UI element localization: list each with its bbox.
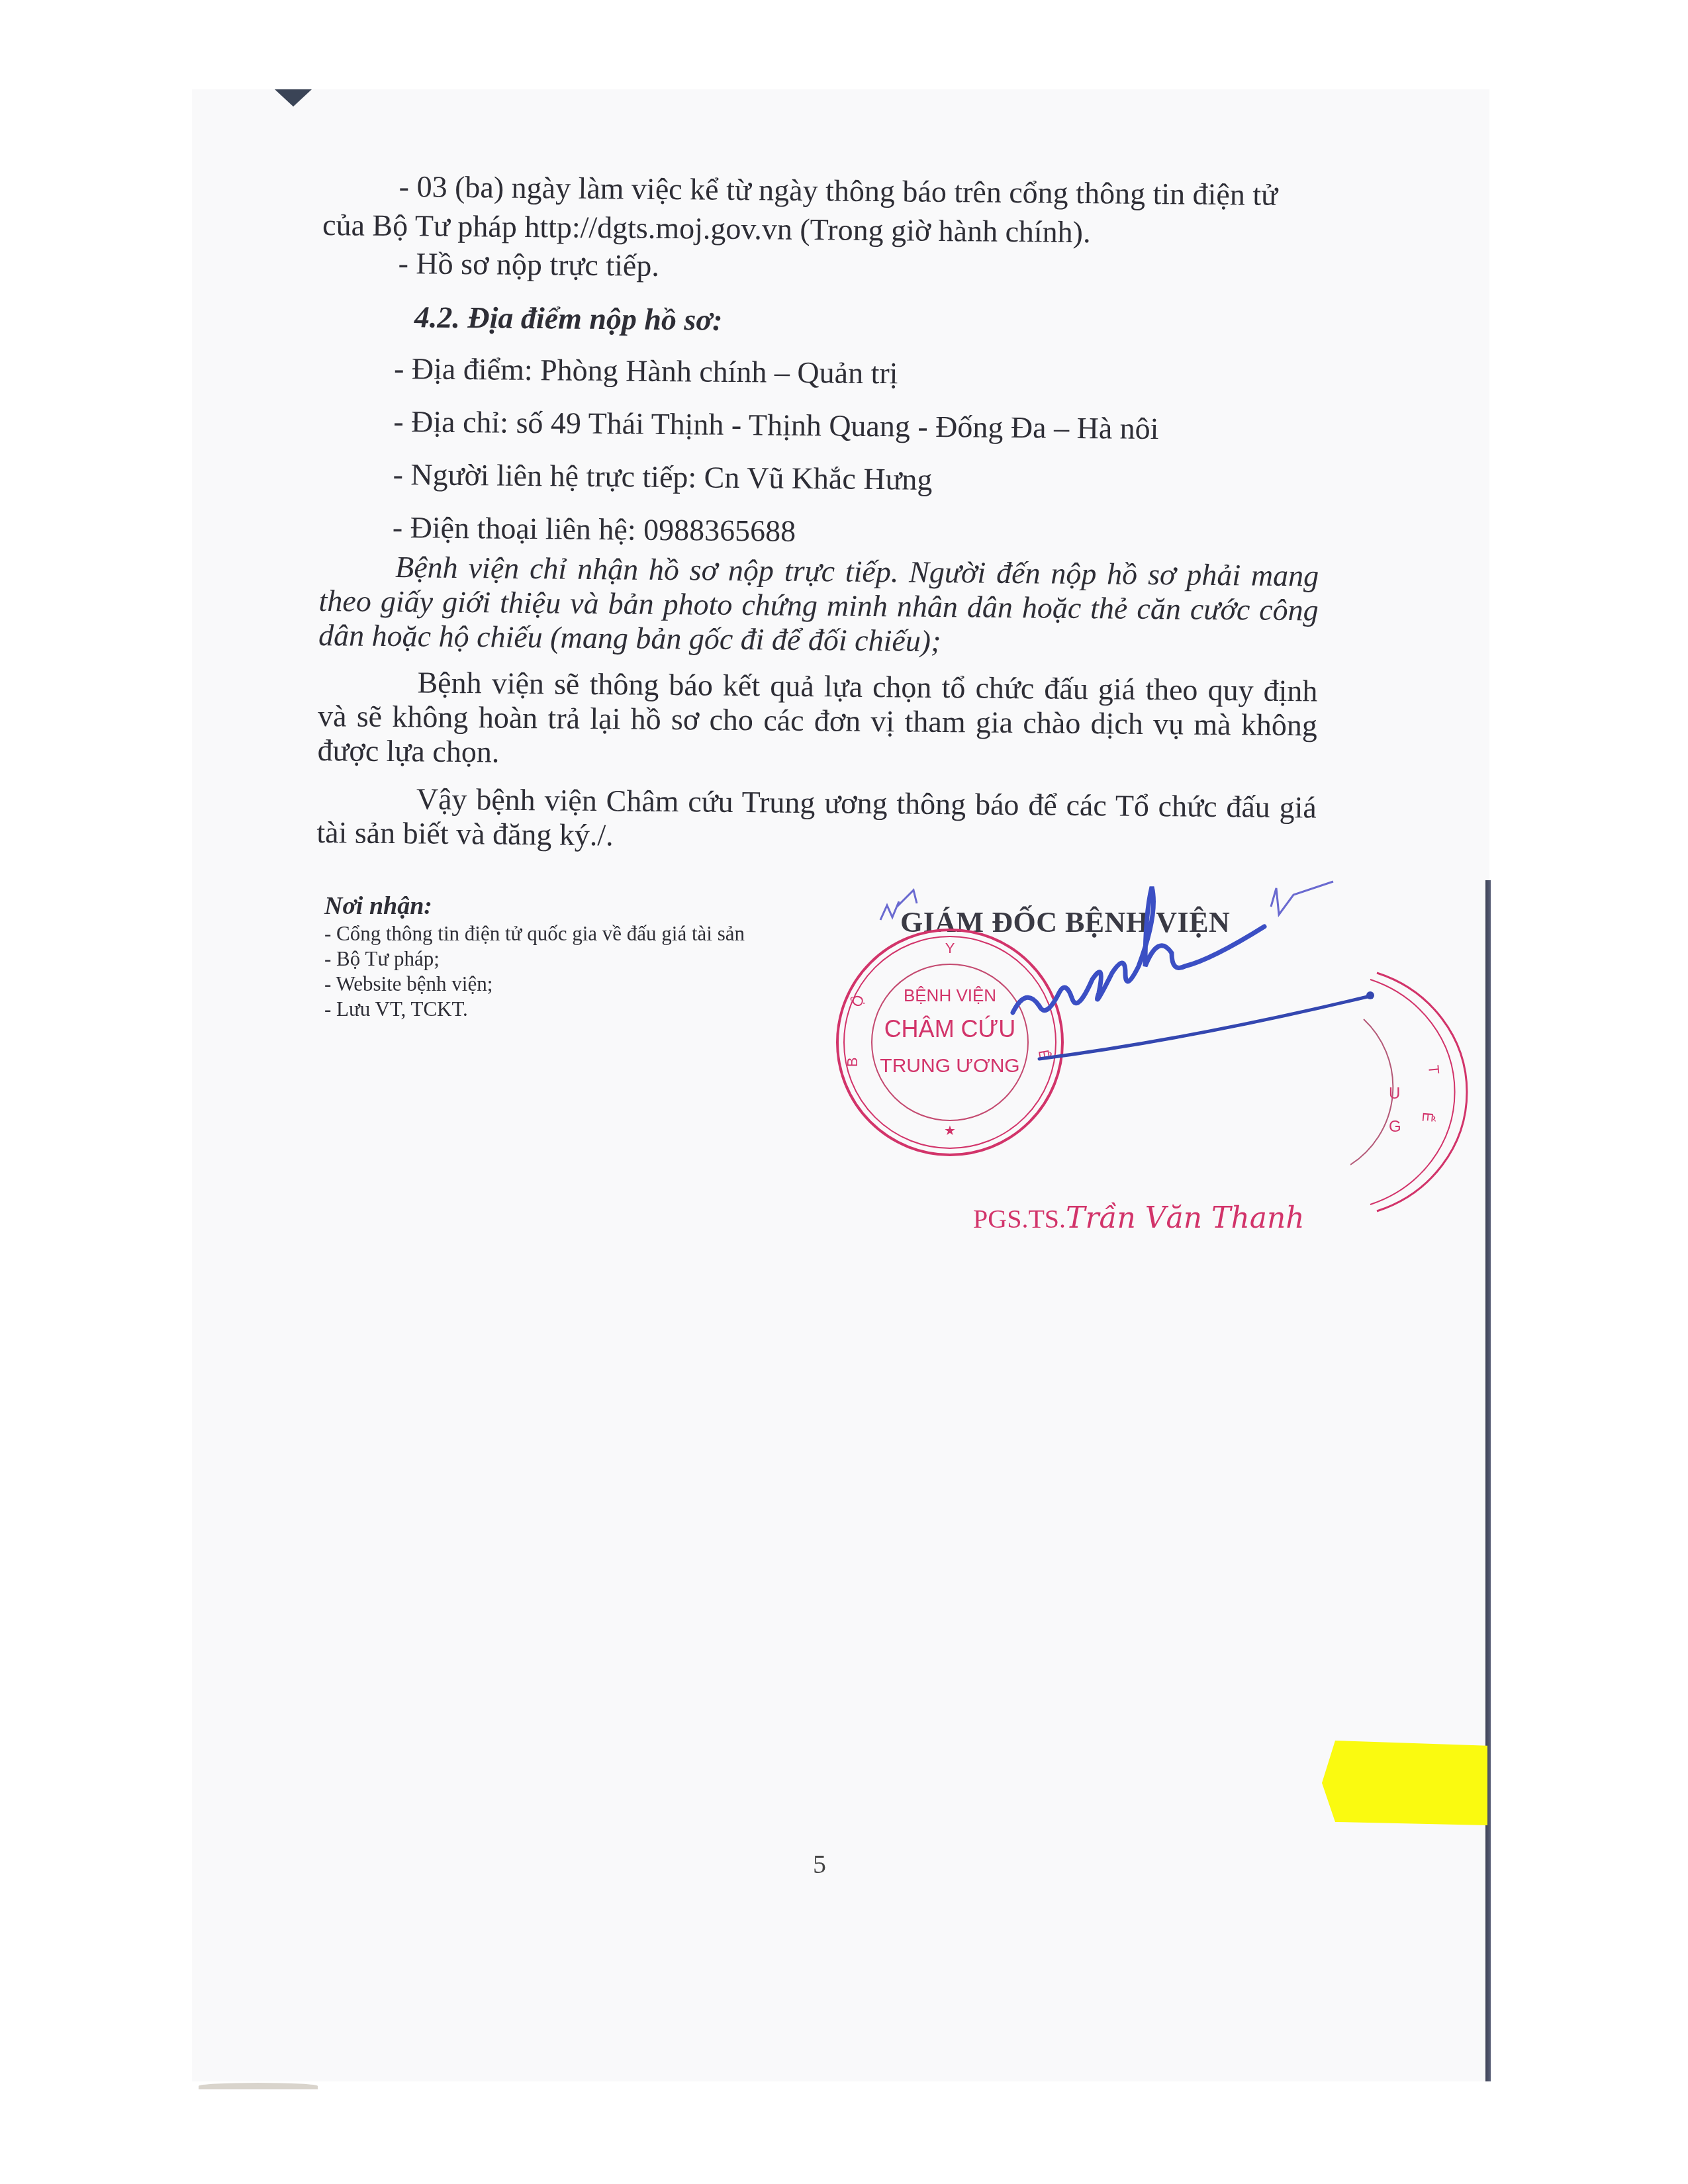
result-paragraph: Bệnh viện sẽ thông báo kết quả lựa chọn … [317, 664, 1317, 777]
handwritten-signature-icon [861, 860, 1390, 1099]
deadline-line2: của Bộ Tư pháp http://dgts.moj.gov.vn (T… [322, 208, 1322, 251]
recipient-item: - Bộ Tư pháp; [324, 946, 841, 972]
page-edge [1485, 880, 1491, 2081]
svg-text:★: ★ [944, 1124, 956, 1138]
svg-text:U: U [1389, 1085, 1400, 1103]
section-heading: 4.2. Địa điểm nộp hồ sơ: [322, 299, 1321, 343]
address-line: - Địa chỉ: số 49 Thái Thịnh - Thịnh Quan… [320, 404, 1320, 447]
svg-text:T: T [1425, 1064, 1442, 1075]
recipient-item: - Lưu VT, TCKT. [324, 997, 841, 1022]
page-number: 5 [813, 1848, 826, 1880]
note-paragraph: Bệnh viện chỉ nhận hồ sơ nộp trực tiếp. … [318, 549, 1319, 662]
sticky-tab [1322, 1741, 1487, 1825]
submit-direct: - Hồ sơ nộp trực tiếp. [322, 246, 1321, 289]
recipients-title: Nơi nhận: [324, 893, 841, 919]
recipient-item: - Cổng thông tin điện tử quốc gia về đấu… [324, 921, 841, 946]
recipient-item: - Website bệnh viện; [324, 972, 841, 997]
phone-line: - Điện thoại liên hệ: 0988365688 [320, 510, 1319, 553]
svg-text:Ế: Ế [1419, 1112, 1436, 1123]
signer-title: PGS.TS. [973, 1204, 1066, 1234]
binder-notch [275, 89, 312, 107]
location-line: - Địa điểm: Phòng Hành chính – Quản trị [321, 351, 1321, 394]
closing-paragraph: Vậy bệnh viện Châm cứu Trung ương thông … [316, 781, 1317, 859]
recipients-block: Nơi nhận: - Cổng thông tin điện tử quốc … [324, 893, 841, 1022]
contact-line: - Người liên hệ trực tiếp: Cn Vũ Khắc Hư… [320, 457, 1319, 500]
paper-shadow [199, 2083, 318, 2089]
svg-text:G: G [1389, 1118, 1401, 1136]
svg-text:B: B [844, 1058, 861, 1068]
signer-fullname: Trần Văn Thanh [1066, 1201, 1305, 1235]
body-text: - 03 (ba) ngày làm việc kể từ ngày thông… [316, 169, 1323, 871]
signer-name: PGS.TS.Trần Văn Thanh [973, 1201, 1305, 1235]
